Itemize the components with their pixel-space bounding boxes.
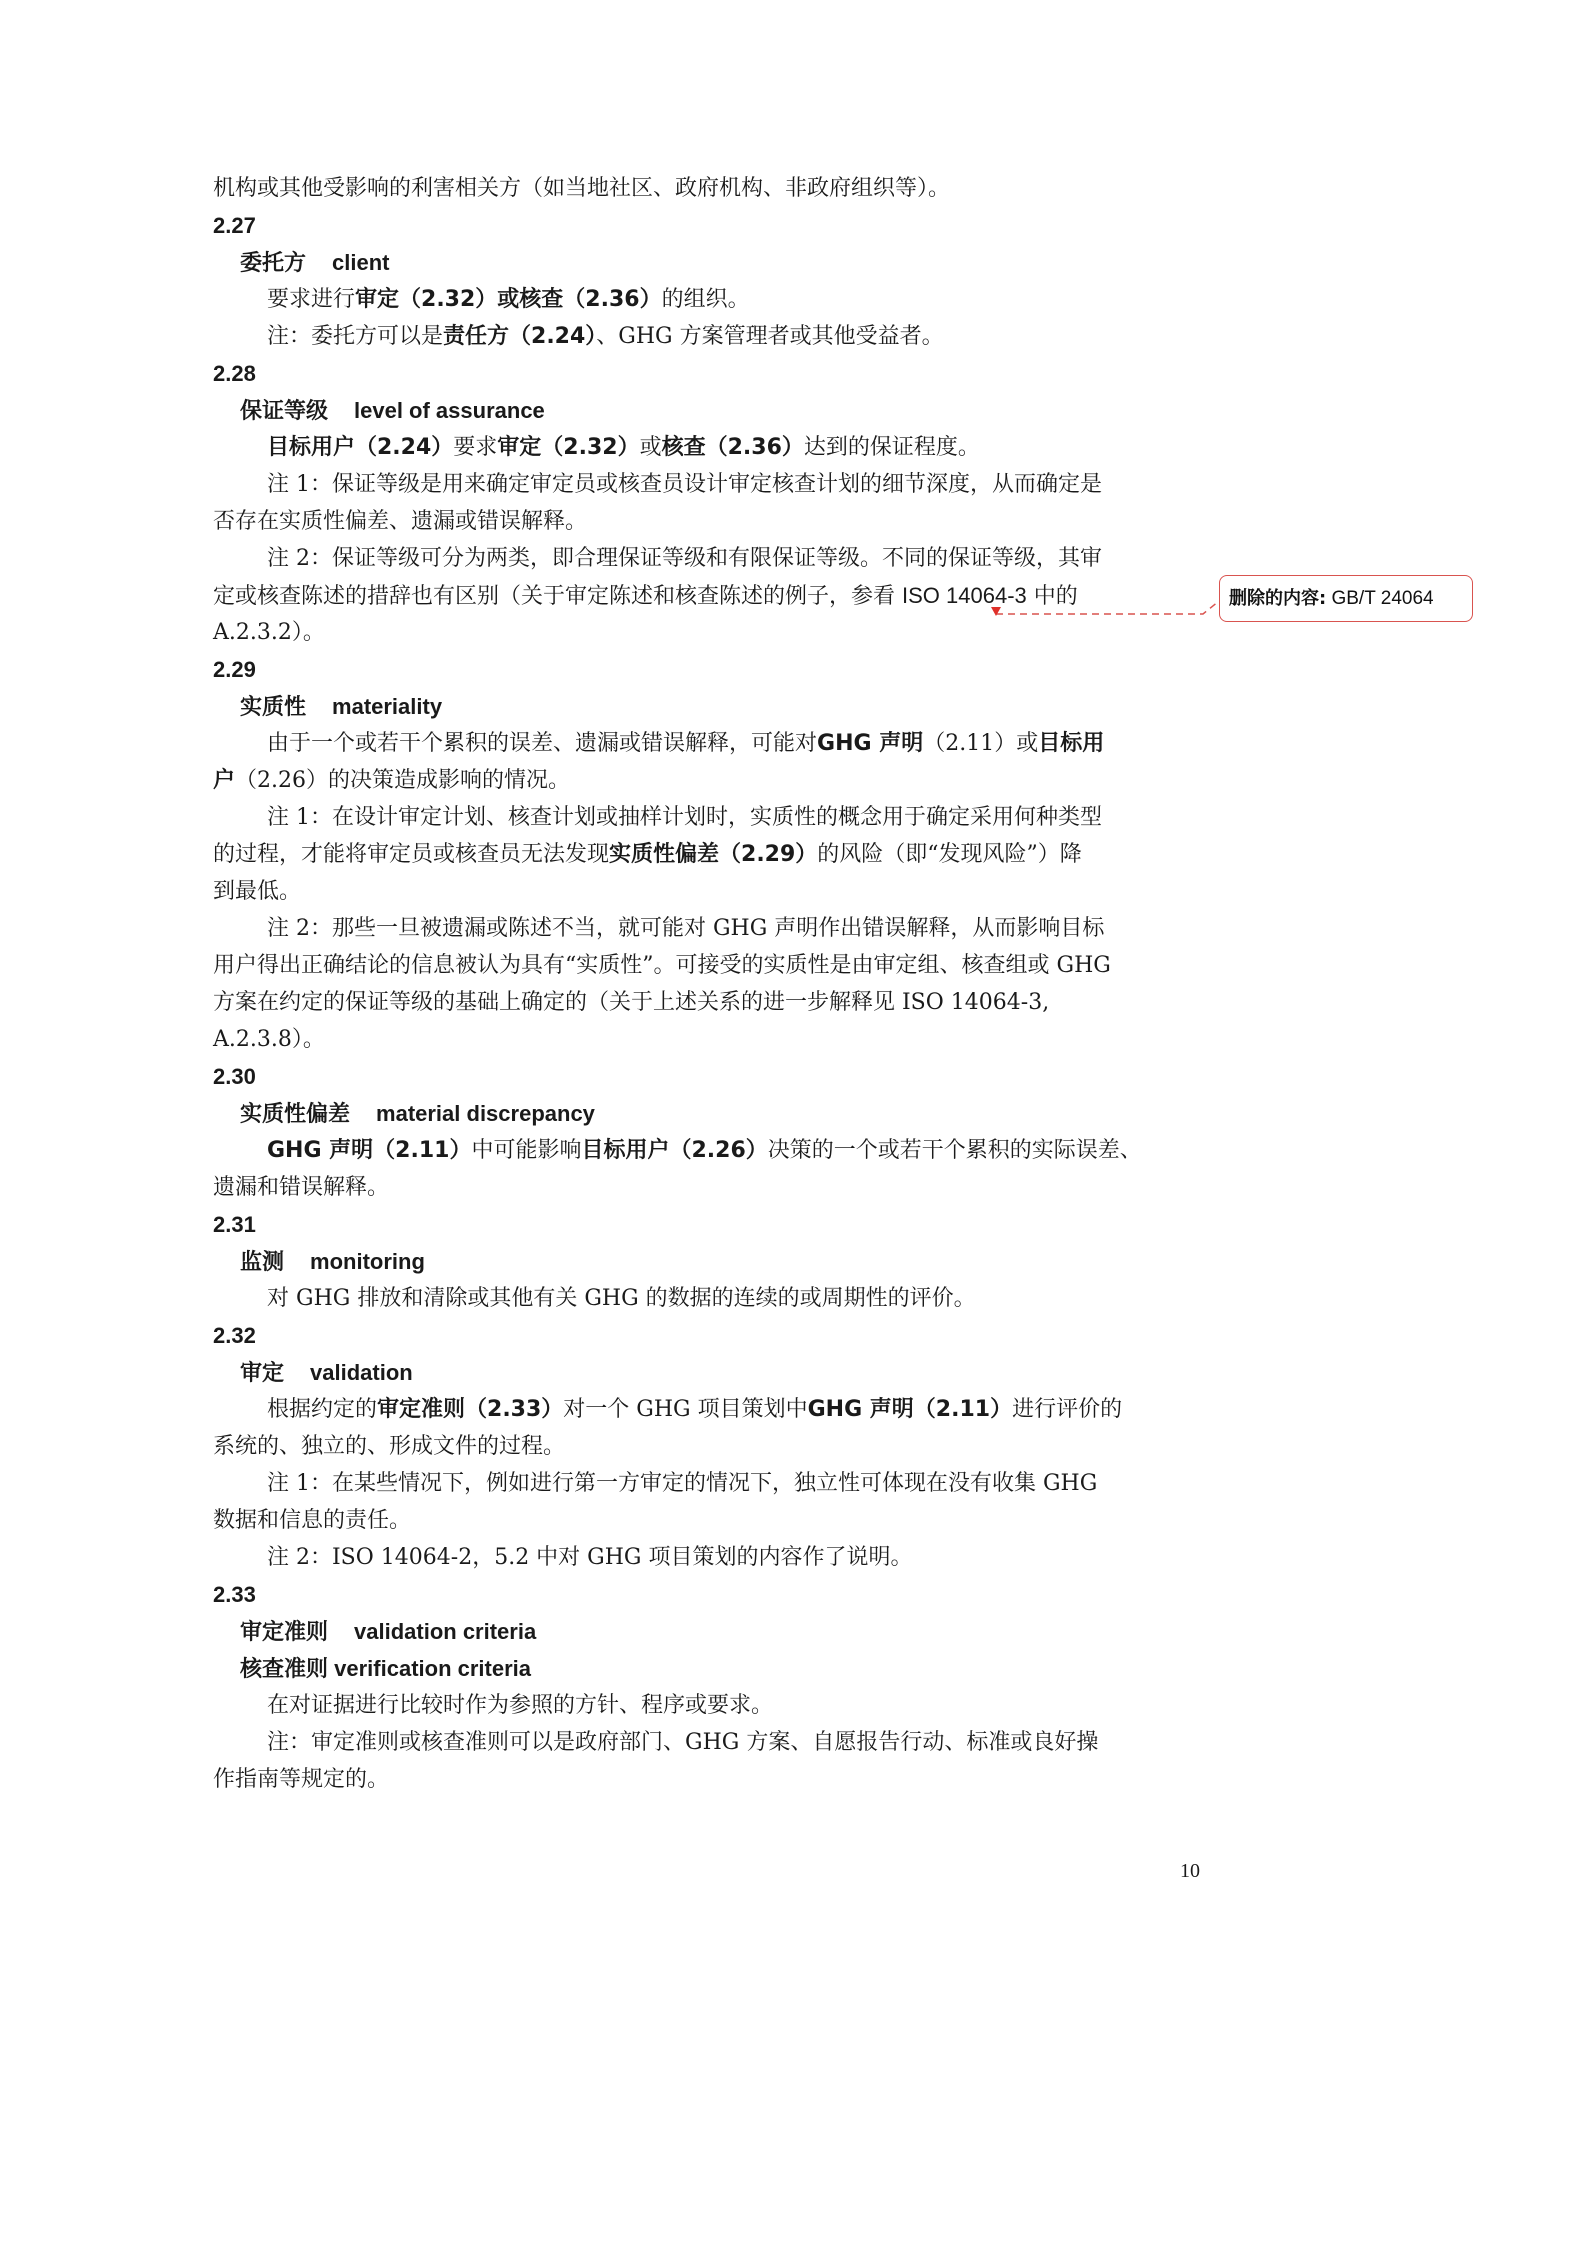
entry-number: 2.28 (213, 355, 1205, 392)
document-body: 机构或其他受影响的利害相关方（如当地社区、政府机构、非政府组织等）。 2.27 … (213, 170, 1205, 1798)
definition-cont: 系统的、独立的、形成文件的过程。 (213, 1428, 1205, 1465)
definition-cont: 户（2.26）的决策造成影响的情况。 (213, 762, 1205, 799)
note-1-cont: 数据和信息的责任。 (213, 1502, 1205, 1539)
note-2-cont: A.2.3.8）。 (213, 1021, 1205, 1058)
cross-ref: 责任方（2.24） (443, 324, 596, 349)
term-heading: 实质性materiality (213, 688, 1205, 725)
page-number: 10 (1180, 1860, 1200, 1883)
inserted-text[interactable]: ISO 14064-3 (902, 583, 1027, 608)
comment-value: GB/T 24064 (1331, 588, 1433, 609)
note-1: 注 1：保证等级是用来确定审定员或核查员设计审定核查计划的细节深度，从而确定是 (213, 466, 1205, 503)
term-heading: 审定validation (213, 1354, 1205, 1391)
note-1-cont: 的过程，才能将审定员或核查员无法发现实质性偏差（2.29）的风险（即“发现风险”… (213, 836, 1205, 873)
definition: 根据约定的审定准则（2.33）对一个 GHG 项目策划中GHG 声明（2.11）… (213, 1391, 1205, 1428)
note-1: 注 1：在设计审定计划、核查计划或抽样计划时，实质性的概念用于确定采用何种类型 (213, 799, 1205, 836)
note-1-cont: 到最低。 (213, 873, 1205, 910)
entry-number: 2.31 (213, 1206, 1205, 1243)
note-1: 注 1：在某些情况下，例如进行第一方审定的情况下，独立性可体现在没有收集 GHG (213, 1465, 1205, 1502)
definition: GHG 声明（2.11）中可能影响目标用户（2.26）决策的一个或若干个累积的实… (213, 1132, 1205, 1169)
entry-number: 2.32 (213, 1317, 1205, 1354)
term-heading-alt: 核查准则 verification criteria (213, 1650, 1205, 1687)
entry-number: 2.30 (213, 1058, 1205, 1095)
comment-label: 删除的内容: (1229, 588, 1326, 609)
note-2: 注 2：保证等级可分为两类，即合理保证等级和有限保证等级。不同的保证等级，其审 (213, 540, 1205, 577)
term-heading: 实质性偏差material discrepancy (213, 1095, 1205, 1132)
term-en: client (332, 250, 389, 275)
definition: 在对证据进行比较时作为参照的方针、程序或要求。 (213, 1687, 1205, 1724)
note: 注：审定准则或核查准则可以是政府部门、GHG 方案、自愿报告行动、标准或良好操 (213, 1724, 1205, 1761)
term-zh: 委托方 (240, 251, 306, 276)
term-heading: 监测monitoring (213, 1243, 1205, 1280)
term-heading: 委托方client (213, 244, 1205, 281)
revision-comment-balloon[interactable]: 删除的内容: GB/T 24064 (1219, 575, 1473, 622)
note-cont: 作指南等规定的。 (213, 1761, 1205, 1798)
document-page: 机构或其他受影响的利害相关方（如当地社区、政府机构、非政府组织等）。 2.27 … (0, 0, 1587, 2245)
note: 注：委托方可以是责任方（2.24）、GHG 方案管理者或其他受益者。 (213, 318, 1205, 355)
note-2-cont: A.2.3.2）。 (213, 614, 1205, 651)
note-2-cont: 方案在约定的保证等级的基础上确定的（关于上述关系的进一步解释见 ISO 1406… (213, 984, 1205, 1021)
note-2: 注 2：那些一旦被遗漏或陈述不当，就可能对 GHG 声明作出错误解释，从而影响目… (213, 910, 1205, 947)
note-2: 注 2：ISO 14064-2，5.2 中对 GHG 项目策划的内容作了说明。 (213, 1539, 1205, 1576)
entry-number: 2.27 (213, 207, 1205, 244)
note-2-cont: 用户得出正确结论的信息被认为具有“实质性”。可接受的实质性是由审定组、核查组或 … (213, 947, 1205, 984)
definition: 目标用户（2.24）要求审定（2.32）或核查（2.36）达到的保证程度。 (213, 429, 1205, 466)
continuation-text: 机构或其他受影响的利害相关方（如当地社区、政府机构、非政府组织等）。 (213, 170, 1205, 207)
term-heading: 保证等级level of assurance (213, 392, 1205, 429)
note-2-cont: 定或核查陈述的措辞也有区别（关于审定陈述和核查陈述的例子，参看 ISO 1406… (213, 577, 1205, 614)
definition: 要求进行审定（2.32）或核查（2.36）的组织。 (213, 281, 1205, 318)
definition: 由于一个或若干个累积的误差、遗漏或错误解释，可能对GHG 声明（2.11）或目标… (213, 725, 1205, 762)
entry-number: 2.29 (213, 651, 1205, 688)
cross-ref: 审定（2.32）或核查（2.36） (355, 287, 662, 312)
definition-cont: 遗漏和错误解释。 (213, 1169, 1205, 1206)
note-1-cont: 否存在实质性偏差、遗漏或错误解释。 (213, 503, 1205, 540)
term-heading: 审定准则validation criteria (213, 1613, 1205, 1650)
entry-number: 2.33 (213, 1576, 1205, 1613)
definition: 对 GHG 排放和清除或其他有关 GHG 的数据的连续的或周期性的评价。 (213, 1280, 1205, 1317)
